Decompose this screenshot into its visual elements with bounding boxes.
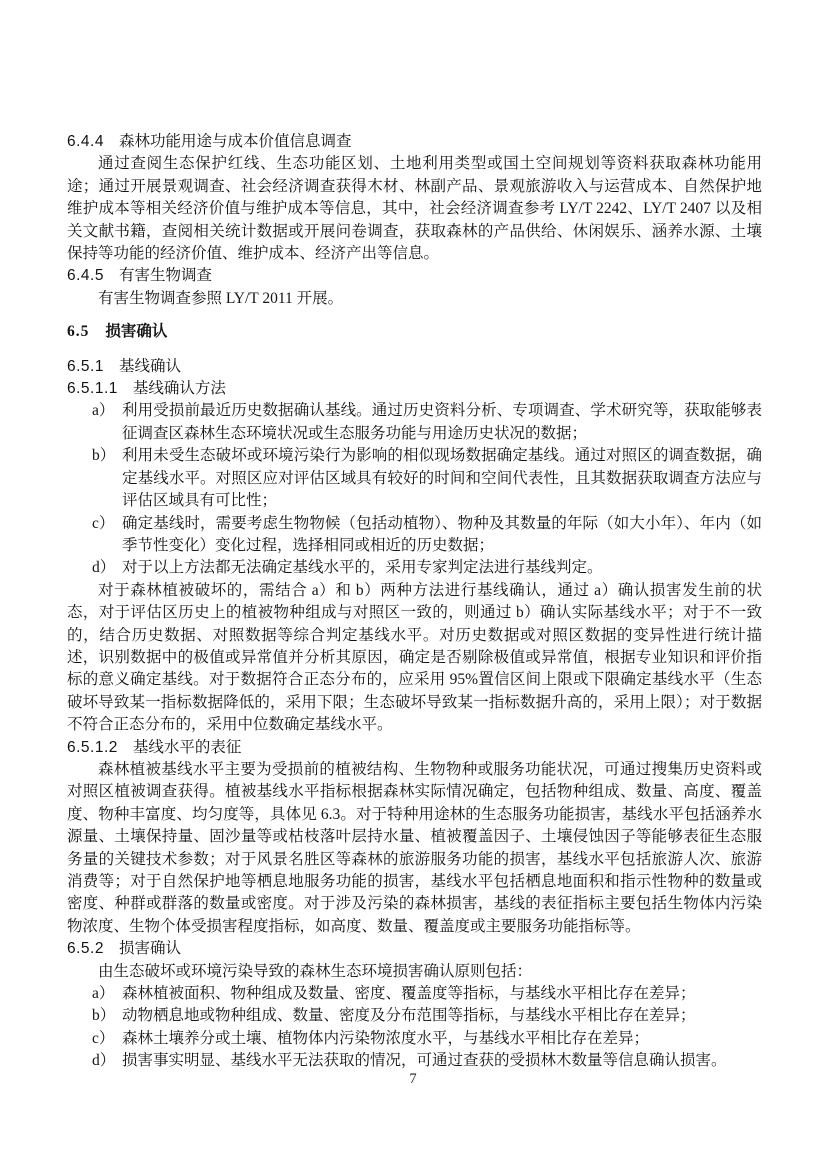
list-item-text: 动物栖息地或物种组成、数量、密度及分布范围等指标，与基线水平相比存在差异； xyxy=(122,1007,696,1024)
list-item: a）森林植被面积、物种组成及数量、密度、覆盖度等指标，与基线水平相比存在差异； xyxy=(67,983,762,1005)
heading-6-5-1-1: 6.5.1.1基线确认方法 xyxy=(67,378,762,400)
list-marker: c） xyxy=(92,1028,114,1050)
list-item: d）损害事实明显、基线水平无法获取的情况，可通过查获的受损林木数量等信息确认损害… xyxy=(67,1050,762,1072)
heading-title: 损害确认 xyxy=(105,323,167,340)
heading-6-5: 6.5损害确认 xyxy=(67,321,762,343)
heading-number: 6.5.2 xyxy=(67,940,104,957)
paragraph-baseline-representation: 森林植被基线水平主要为受损前的植被结构、生物物种或服务功能状况，可通过搜集历史资… xyxy=(67,759,762,938)
heading-title: 森林功能用途与成本价值信息调查 xyxy=(119,133,352,150)
list-item: a）利用受损前最近历史数据确认基线。通过历史资料分析、专项调查、学术研究等，获取… xyxy=(67,400,762,445)
heading-title: 基线确认 xyxy=(119,358,181,375)
paragraph-function-cost-survey: 通过查阅生态保护红线、生态功能区划、土地利用类型或国土空间规划等资料获取森林功能… xyxy=(67,153,762,265)
list-marker: c） xyxy=(92,513,114,535)
heading-number: 6.5.1.2 xyxy=(67,739,118,756)
heading-title: 损害确认 xyxy=(119,940,181,957)
document-page: 6.4.4森林功能用途与成本价值信息调查 通过查阅生态保护红线、生态功能区划、土… xyxy=(67,131,762,1073)
list-item-text: 利用未受生态破坏或环境污染行为影响的相似现场数据确定基线。通过对照区的调查数据，… xyxy=(122,447,762,509)
heading-number: 6.5 xyxy=(67,323,89,340)
list-item: b）动物栖息地或物种组成、数量、密度及分布范围等指标，与基线水平相比存在差异； xyxy=(67,1005,762,1027)
heading-number: 6.5.1 xyxy=(67,358,104,375)
list-item: b）利用未受生态破坏或环境污染行为影响的相似现场数据确定基线。通过对照区的调查数… xyxy=(67,445,762,512)
heading-number: 6.4.4 xyxy=(67,133,104,150)
list-item-text: 损害事实明显、基线水平无法获取的情况，可通过查获的受损林木数量等信息确认损害。 xyxy=(122,1052,727,1069)
heading-6-4-5: 6.4.5有害生物调查 xyxy=(67,265,762,287)
list-item: c）森林土壤养分或土壤、植物体内污染物浓度水平，与基线水平相比存在差异； xyxy=(67,1028,762,1050)
paragraph-baseline-combination: 对于森林植被破坏的，需结合 a）和 b）两种方法进行基线确认，通过 a）确认损害… xyxy=(67,580,762,737)
paragraph-damage-confirmation-intro: 由生态破坏或环境污染导致的森林生态环境损害确认原则包括： xyxy=(67,961,762,983)
list-marker: a） xyxy=(92,983,114,1005)
heading-title: 基线确认方法 xyxy=(133,380,226,397)
heading-6-4-4: 6.4.4森林功能用途与成本价值信息调查 xyxy=(67,131,762,153)
list-item-text: 对于以上方法都无法确定基线水平的，采用专家判定法进行基线判定。 xyxy=(122,559,603,576)
heading-number: 6.4.5 xyxy=(67,267,104,284)
list-item: c）确定基线时，需要考虑生物物候（包括动植物）、物种及其数量的年际（如大小年）、… xyxy=(67,513,762,558)
list-marker: a） xyxy=(92,400,114,422)
paragraph-pest-survey: 有害生物调查参照 LY/T 2011 开展。 xyxy=(67,288,762,310)
page-number: 7 xyxy=(0,1071,826,1088)
list-marker: b） xyxy=(92,445,115,467)
heading-6-5-1-2: 6.5.1.2基线水平的表征 xyxy=(67,737,762,759)
list-item: d）对于以上方法都无法确定基线水平的，采用专家判定法进行基线判定。 xyxy=(67,557,762,579)
list-marker: d） xyxy=(92,1050,115,1072)
list-marker: d） xyxy=(92,557,115,579)
list-item-text: 森林植被面积、物种组成及数量、密度、覆盖度等指标，与基线水平相比存在差异； xyxy=(122,985,696,1002)
damage-confirmation-list: a）森林植被面积、物种组成及数量、密度、覆盖度等指标，与基线水平相比存在差异； … xyxy=(67,983,762,1073)
heading-title: 基线水平的表征 xyxy=(133,739,242,756)
list-item-text: 利用受损前最近历史数据确认基线。通过历史资料分析、专项调查、学术研究等，获取能够… xyxy=(122,402,762,441)
list-item-text: 森林土壤养分或土壤、植物体内污染物浓度水平，与基线水平相比存在差异； xyxy=(122,1030,649,1047)
heading-6-5-1: 6.5.1基线确认 xyxy=(67,356,762,378)
list-item-text: 确定基线时，需要考虑生物物候（包括动植物）、物种及其数量的年际（如大小年）、年内… xyxy=(122,515,762,554)
heading-number: 6.5.1.1 xyxy=(67,380,118,397)
baseline-method-list: a）利用受损前最近历史数据确认基线。通过历史资料分析、专项调查、学术研究等，获取… xyxy=(67,400,762,579)
heading-title: 有害生物调查 xyxy=(119,267,212,284)
heading-6-5-2: 6.5.2损害确认 xyxy=(67,938,762,960)
list-marker: b） xyxy=(92,1005,115,1027)
